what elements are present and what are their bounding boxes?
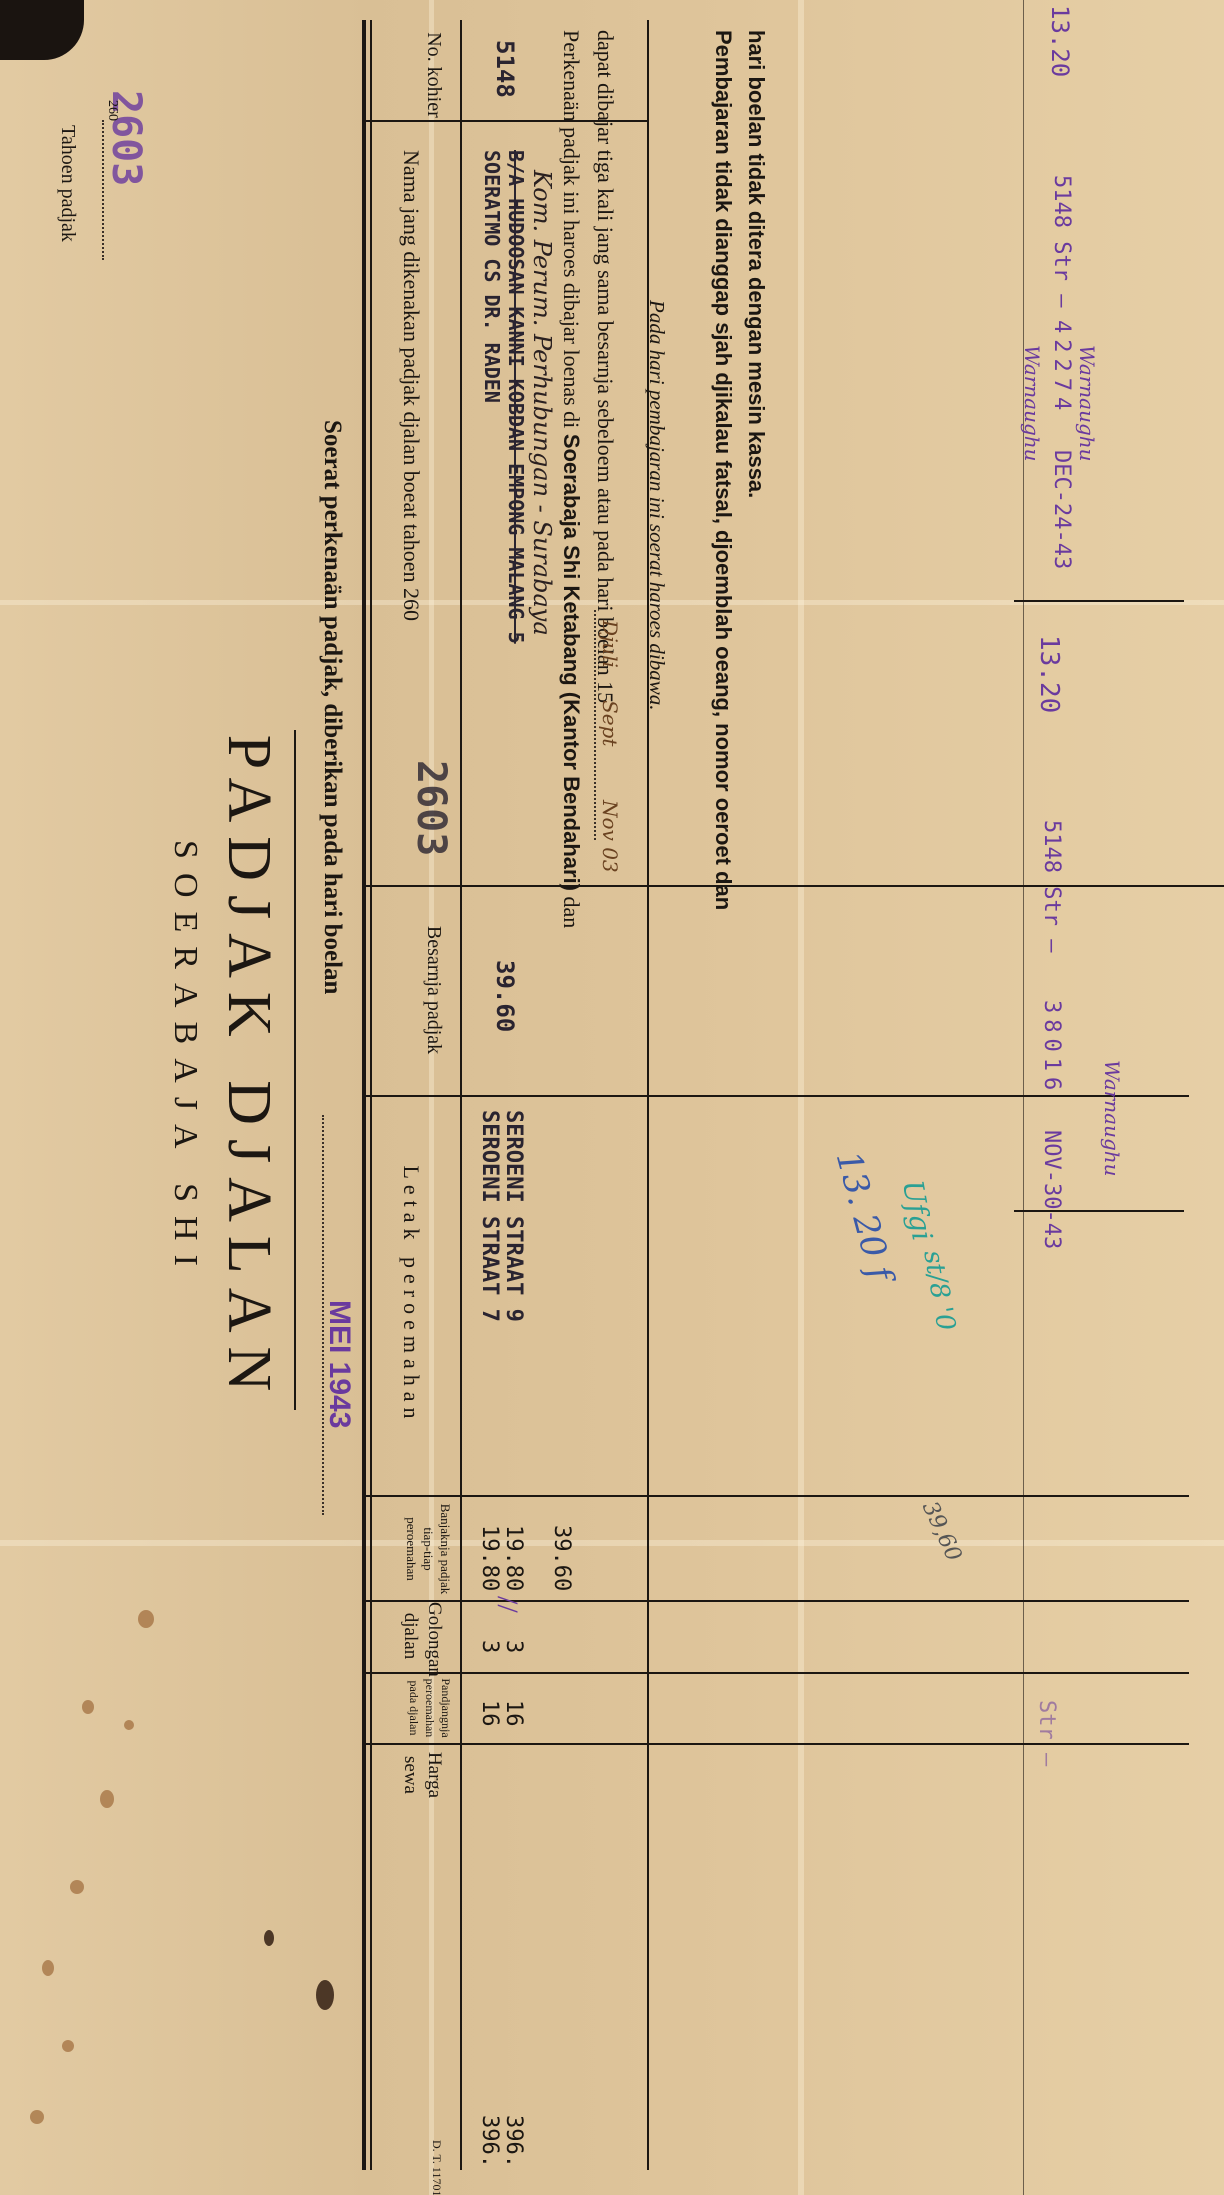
green-handwritten-note-2: st/8 '0 [917,1248,961,1333]
stamp-3-suffix: Str [1034,1700,1059,1740]
stamp-strip-border [1023,0,1024,2195]
document-title: PADJAK DJALAN [213,730,284,1410]
register-stamp-1-detail: 5148 Str — [1049,175,1074,307]
cell-banjaknja-1: 19.80 [477,1525,502,1591]
col-divider [366,1495,649,1497]
stamp-1-date: DEC-24-43 [1049,450,1074,569]
check-marks: // [490,1596,524,1613]
stamp-1-signature: Warnaughu [1020,345,1044,462]
stamp-1-suffix: Str [1049,241,1074,281]
handwritten-date-2: Sept [598,700,622,746]
lower-divider [649,1672,1189,1674]
col-header-letak: Letak peroemahan [398,1100,424,1490]
stain [138,1610,154,1628]
stamp-separator [1014,600,1184,602]
register-stamp-1: 13.20 [1046,5,1074,77]
handwritten-date-1: Djuli [598,620,622,668]
instruction-para2: dapat dibajar tiga kali jang sama besarn… [592,30,618,703]
handwritten-date-3: Nov 03 [598,800,622,873]
col-header-besarnja: Besarnja padjak [422,890,446,1090]
green-handwritten-note-1: Ufgi [896,1178,939,1244]
bold-note-line2: hari boelan tidak ditera dengan mesin ka… [743,30,769,498]
cell-nama-handwritten: Kom. Perum. Perhubungan - Surabaya [528,170,556,636]
stain [100,1790,114,1808]
col-header-harga: Harga sewa [398,1745,446,1805]
stamp-2-number: 38016 [1039,1000,1064,1096]
italic-note: Pada hari pembajaran ini soerat haroes d… [644,300,669,710]
stain [42,1960,54,1976]
register-stamp-2: 13.20 [1034,635,1064,713]
cell-besarnja: 39.60 [491,960,519,1032]
cell-golongan-1: 3 [477,1640,502,1653]
stamp-2-kohier: 5148 [1039,820,1064,873]
paper-crease [798,0,804,2195]
cell-harga-1: 396. [477,2115,502,2168]
tax-year-dotted-line [102,120,104,260]
year-stamp: 2603 [408,760,454,856]
cell-harga-2: 396. [501,2115,526,2168]
cell-nama-line1: SOERATMO CS DR. RADEN [480,150,504,403]
register-stamp-2-detail: 5148 Str — [1039,820,1064,952]
cell-banjaknja-total: 39.60 [549,1525,574,1591]
paper-crease [0,1540,1224,1546]
paper-crease [429,0,434,2195]
cell-nama-line2: B/A HUDOOSAN KANNI KOBDAN EMPONG MALANG … [504,150,528,644]
col-header-golongan: Golongan djalan [398,1602,446,1670]
cell-letak-1: SEROENI STRAAT 7 [477,1110,502,1322]
para1-text: Perkenaän padjak ini haroes dibajar loen… [559,30,584,428]
lower-divider [649,1743,1189,1745]
stain [124,1720,134,1730]
stamp-2-amount: 13.20 [1034,635,1064,713]
blue-handwritten-note: 13. 20 f [828,1147,901,1284]
cell-no-kohier: 5148 [491,40,519,98]
lower-divider [649,1495,1189,1497]
cell-letak-2: SEROENI STRAAT 9 [501,1110,526,1322]
stamp-2-signature: Warnaughu [1100,1060,1124,1177]
para1-and: dan [559,897,584,929]
lower-divider [649,1600,1189,1602]
col-divider [366,1095,649,1097]
bold-note-line1: Pembajaran tidak dianggap sjah djikalau … [710,30,736,910]
stain [62,2040,74,2052]
torn-corner [0,0,84,60]
payment-office: Soerabaja Shi Ketabang (Kantor Bendahari… [559,434,584,891]
instruction-para1: Perkenaän padjak ini haroes dibajar loen… [558,30,584,928]
form-code: D. T. 11701 [429,2140,444,2195]
para2-text: dapat dibajar tiga kali jang sama besarn… [593,30,618,703]
stain [70,1880,84,1894]
stain [82,1700,94,1714]
ink-blot [316,1980,334,2010]
col-header-nama: Nama jang dikenakan padjak djalan boeat … [398,150,424,621]
cell-golongan-2: 3 [501,1640,526,1653]
stamp-2-suffix: Str [1039,886,1064,926]
padjak-djalan-document: Tahoen padjak 2603 260 SOERABAJA SHI PAD… [0,0,1224,2195]
cell-banjaknja-2: 19.80 [501,1525,526,1591]
cell-pandjangnja-2: 16 [501,1700,526,1727]
stamp-separator [1014,1210,1184,1212]
col-header-banjaknja: Banjaknja padjak tiap-tiap peroemahan [403,1500,454,1598]
tax-year-prefix: 260 [104,100,120,121]
installment-dotted-line [594,610,596,840]
pencil-note: 39,60 [917,1498,966,1566]
ink-blot [264,1930,274,1946]
tax-year-label: Tahoen padjak [56,125,79,242]
col-divider [366,885,649,887]
col-header-no-kohier: No. kohier [422,30,446,120]
stamp-1-signature-2: Warnaughu [1075,345,1099,462]
title-underline [294,730,296,1410]
cell-pandjangnja-1: 16 [477,1700,502,1727]
subtitle: Soerat perkenaän padjak, diberikan pada … [318,420,346,994]
stamp-1-number: 42274 [1049,320,1074,416]
issue-date-stamp: MEI 1943 [322,1300,356,1428]
register-stamp-3: Str — [1034,1700,1059,1766]
subtitle-text: Soerat perkenaän padjak, diberikan pada … [319,420,346,994]
stamp-1-amount: 13.20 [1046,5,1074,77]
stamp-2-date: NOV-30-43 [1039,1130,1064,1249]
stamp-1-kohier: 5148 [1049,175,1074,228]
stain [30,2110,44,2124]
col-header-pandjangnja: Pandjangnja peroemahan pada djalan [406,1674,454,1742]
city-name: SOERABAJA SHI [166,760,204,1360]
